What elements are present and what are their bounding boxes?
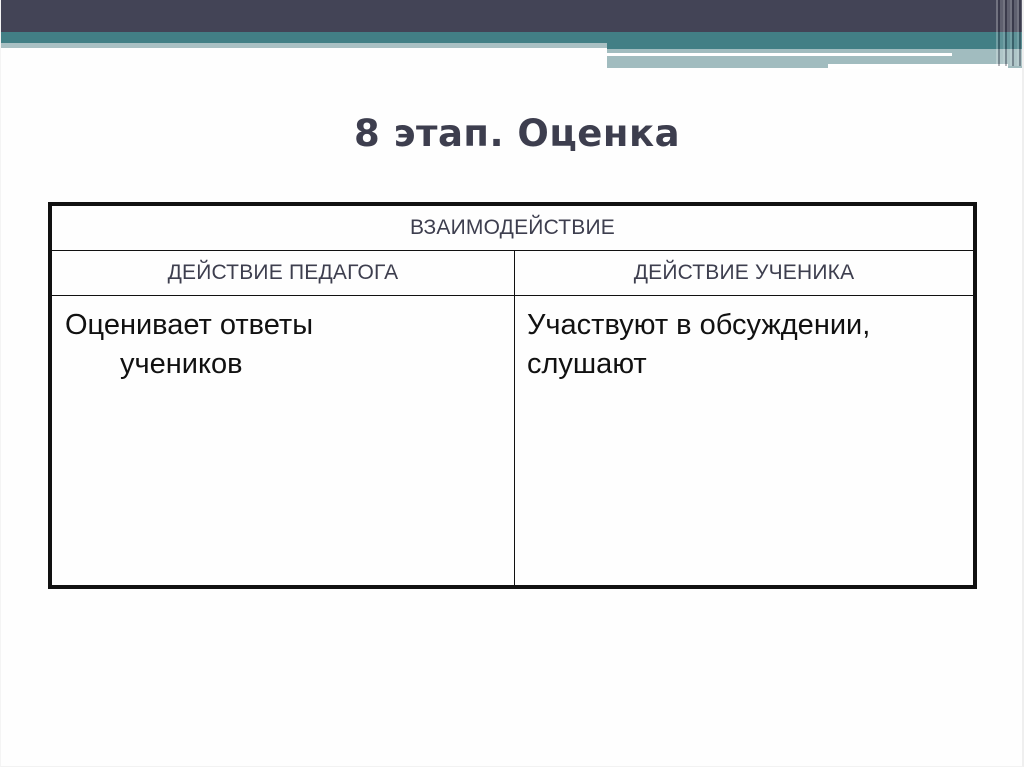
- student-action-cell: Участвуют в обсуждении, слушают: [515, 296, 974, 586]
- table-row: Оценивает ответы учеников Участвуют в об…: [52, 296, 974, 586]
- column-header-teacher: ДЕЙСТВИЕ ПЕДАГОГА: [52, 251, 515, 296]
- slide: 8 этап. Оценка ВЗАИМОДЕЙСТВИЕ ДЕЙСТВИЕ П…: [0, 0, 1024, 767]
- header-band-light: [1, 43, 607, 48]
- header-band-dark: [1, 0, 1024, 32]
- column-header-student: ДЕЙСТВИЕ УЧЕНИКА: [515, 251, 974, 296]
- header-white-line: [607, 53, 952, 56]
- student-action-line1: Участвуют в обсуждении,: [527, 309, 870, 341]
- teacher-action-line2: учеников: [65, 345, 506, 384]
- slide-title: 8 этап. Оценка: [1, 112, 1024, 155]
- teacher-action-line1: Оценивает ответы: [65, 309, 313, 341]
- header-white-gap: [828, 64, 1008, 69]
- header-stripes: [996, 0, 1024, 66]
- group-header: ВЗАИМОДЕЙСТВИЕ: [52, 206, 974, 251]
- interaction-table: ВЗАИМОДЕЙСТВИЕ ДЕЙСТВИЕ ПЕДАГОГА ДЕЙСТВИ…: [48, 202, 977, 589]
- header-band-teal-right: [607, 32, 1024, 49]
- student-action-line2: слушают: [527, 348, 647, 380]
- teacher-action-cell: Оценивает ответы учеников: [52, 296, 515, 586]
- header-band-teal: [1, 32, 607, 43]
